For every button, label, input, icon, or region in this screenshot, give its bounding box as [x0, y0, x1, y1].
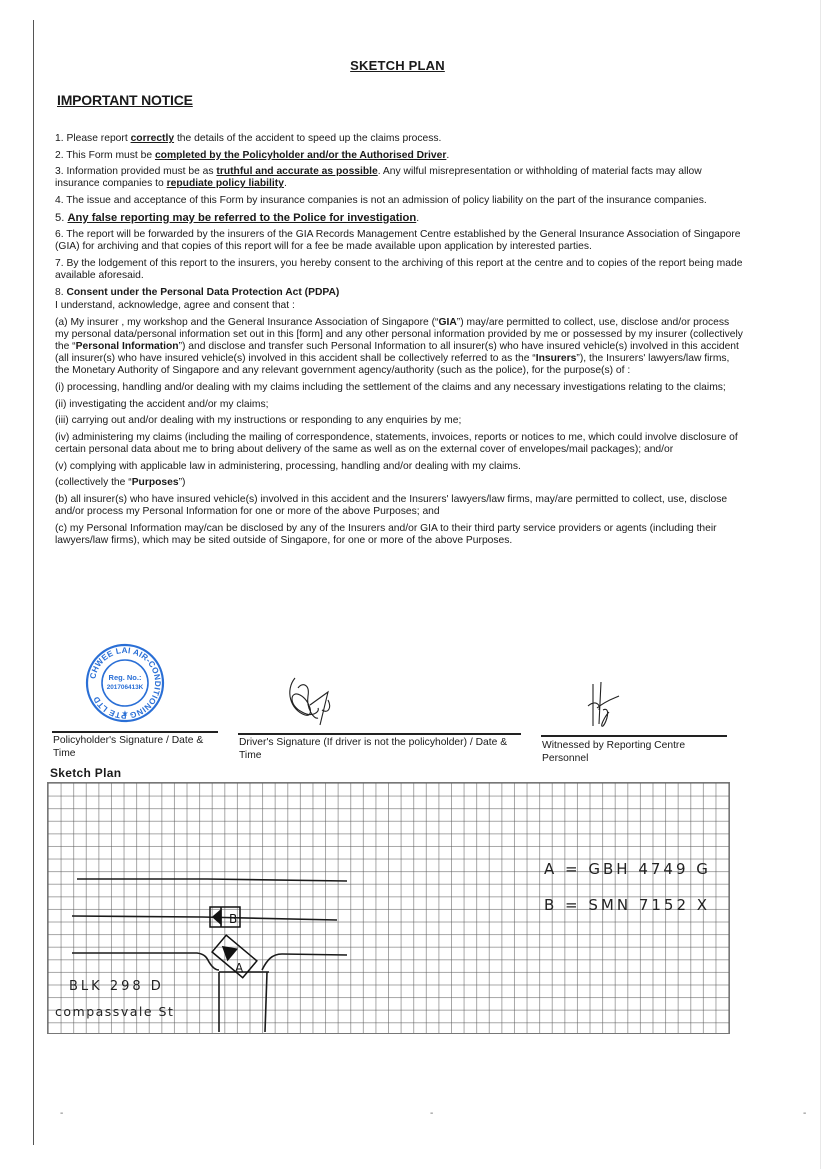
driver-signature-label: Driver's Signature (If driver is not the… [239, 737, 524, 762]
document-title: SKETCH PLAN [0, 58, 795, 73]
side-road-right [265, 972, 267, 1032]
notice-8-heading: 8. Consent under the Personal Data Prote… [55, 287, 745, 299]
stamp-reg-number: 201706413K [107, 684, 144, 691]
pdpa-clause-c: (c) my Personal Information may/can be d… [55, 523, 745, 547]
road-top-edge [77, 879, 347, 881]
driver-signature [280, 670, 350, 730]
important-notice-heading: IMPORTANT NOTICE [57, 92, 193, 108]
pdpa-clause-a: (a) My insurer , my workshop and the Gen… [55, 317, 745, 378]
vehicle-a-plate: A = GBH 4749 G [544, 860, 711, 878]
location-block: BLK 298 D [69, 979, 164, 994]
policyholder-signature-label: Policyholder's Signature / Date & Time [53, 735, 223, 760]
page-right-edge [820, 0, 821, 1169]
page-left-edge [33, 20, 34, 1145]
stamp-star-icon: ★ [121, 709, 128, 718]
notice-3: 3. Information provided must be as truth… [55, 166, 745, 190]
pdpa-purpose-iii: (iii) carrying out and/or dealing with m… [55, 415, 745, 427]
witness-signature-line [541, 735, 727, 737]
notice-list: 1. Please report correctly the details o… [55, 133, 745, 551]
pdpa-purpose-ii: (ii) investigating the accident and/or m… [55, 399, 745, 411]
road-bottom-edge-left [72, 953, 219, 970]
pdpa-purpose-v: (v) complying with applicable law in adm… [55, 461, 745, 473]
scan-mark: - [430, 1108, 433, 1119]
vehicle-b-label: B [229, 912, 237, 926]
notice-4: 4. The issue and acceptance of this Form… [55, 195, 745, 207]
pdpa-purpose-iv: (iv) administering my claims (including … [55, 432, 745, 456]
road-center-line [72, 916, 337, 920]
sketch-drawing: B A A = GBH 4749 G B = SMN 7152 X BLK 29… [47, 782, 728, 1032]
pdpa-intro: I understand, acknowledge, agree and con… [55, 300, 745, 312]
policyholder-signature-line [52, 731, 218, 733]
stamp-reg-label: Reg. No.: [109, 673, 142, 682]
location-street: compassvale St [55, 1004, 174, 1019]
notice-1: 1. Please report correctly the details o… [55, 133, 745, 145]
driver-signature-line [238, 733, 521, 735]
witness-signature-label: Witnessed by Reporting Centre Personnel [542, 740, 722, 765]
notice-6: 6. The report will be forwarded by the i… [55, 229, 745, 253]
road-bottom-edge-right [262, 954, 347, 970]
sketch-plan-heading: Sketch Plan [50, 766, 121, 780]
notice-7: 7. By the lodgement of this report to th… [55, 258, 745, 282]
vehicle-b-plate: B = SMN 7152 X [544, 896, 710, 914]
witness-signature [585, 680, 620, 730]
notice-2: 2. This Form must be completed by the Po… [55, 150, 745, 162]
scan-mark: - [60, 1108, 63, 1119]
pdpa-purposes-definition: (collectively the “Purposes”) [55, 477, 745, 489]
scan-mark: - [803, 1108, 806, 1119]
pdpa-purpose-i: (i) processing, handling and/or dealing … [55, 382, 745, 394]
pdpa-clause-b: (b) all insurer(s) who have insured vehi… [55, 494, 745, 518]
company-stamp: CHWEE LAI AIR-CONDITIONING PTE LTD Reg. … [85, 643, 165, 723]
notice-5: 5. Any false reporting may be referred t… [55, 212, 745, 225]
vehicle-a-label: A [235, 961, 244, 975]
